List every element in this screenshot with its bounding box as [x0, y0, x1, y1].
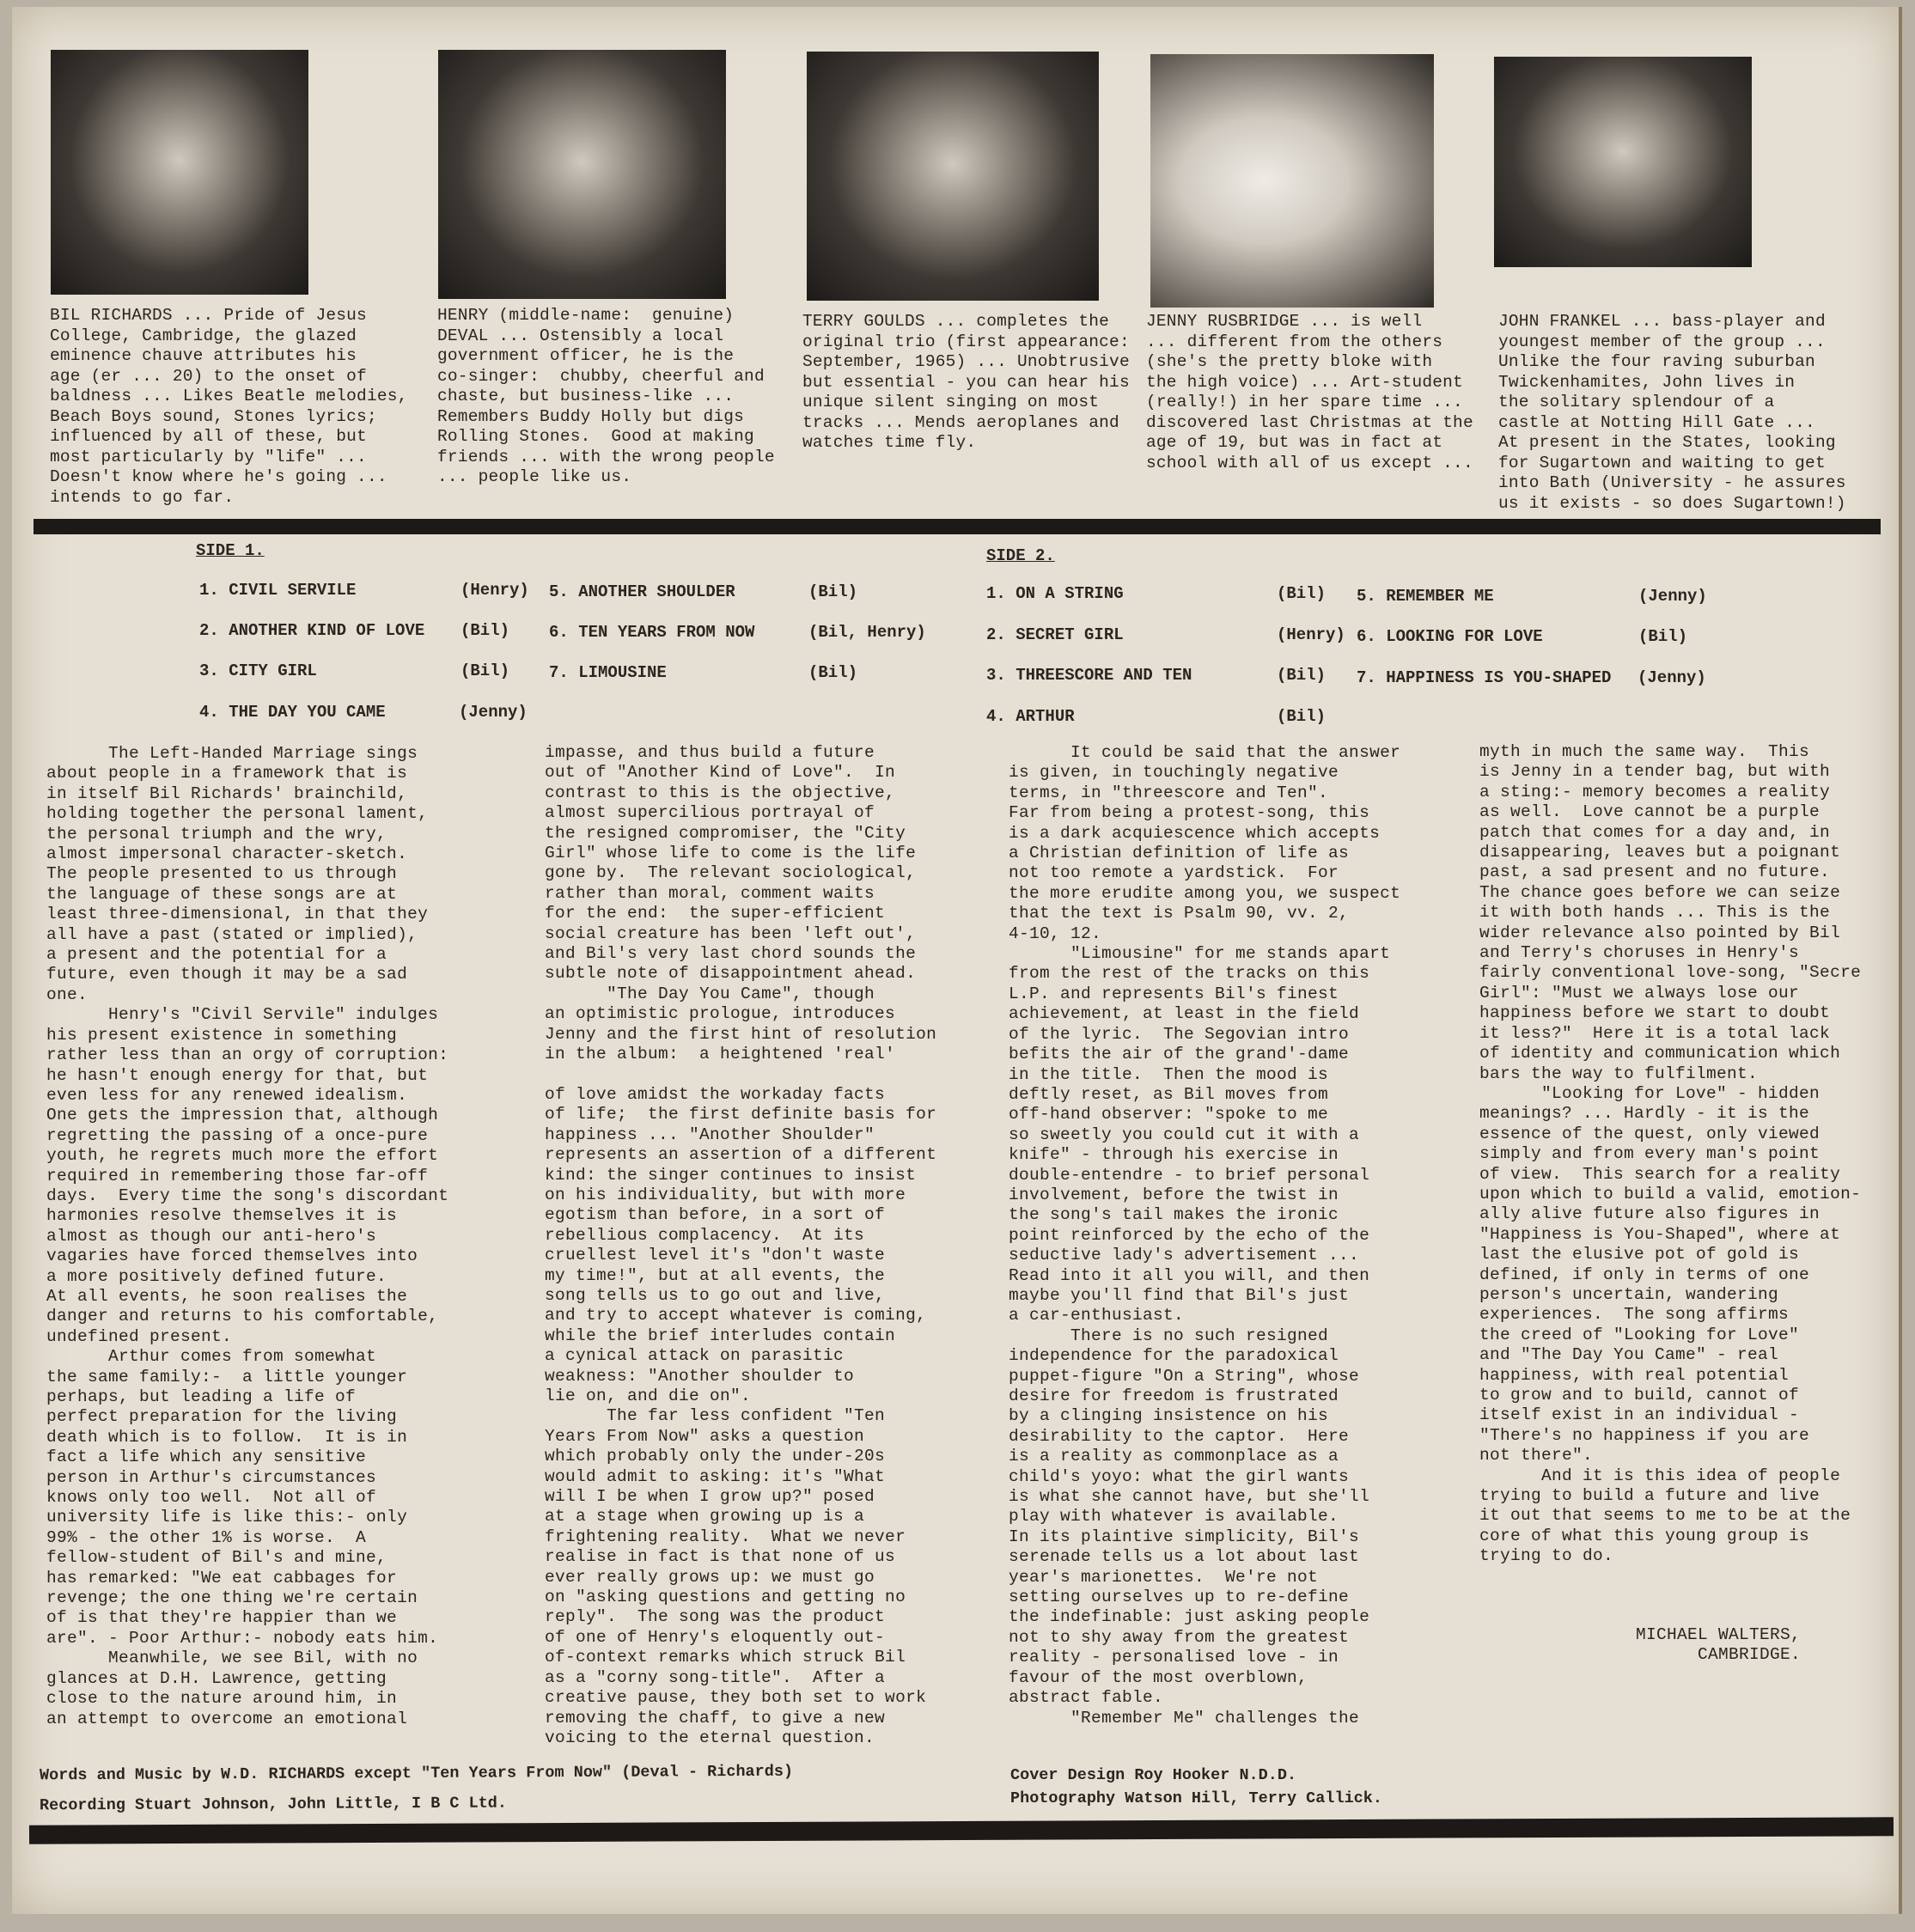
side1-track-6-singer: (Bil, Henry) — [808, 623, 926, 642]
bio-john-frankel: JOHN FRANKEL ... bass-player and younges… — [1498, 312, 1846, 514]
liner-notes-column-4: myth in much the same way. This is Jenny… — [1479, 742, 1861, 1567]
photo-bil-richards — [51, 50, 308, 295]
photo-john-frankel — [1494, 57, 1752, 267]
side1-track-7: 7. LIMOUSINE — [549, 663, 667, 682]
side2-track-3-singer: (Bil) — [1277, 666, 1326, 685]
side2-track-1-singer: (Bil) — [1277, 584, 1326, 603]
credit-cover-design: Cover Design Roy Hooker N.D.D. — [1010, 1766, 1296, 1784]
signature: MICHAEL WALTERS, CAMBRIDGE. — [1636, 1625, 1801, 1666]
side2-track-5-singer: (Jenny) — [1638, 587, 1707, 606]
record-sleeve-back: BIL RICHARDS ... Pride of Jesus College,… — [12, 7, 1902, 1914]
side1-track-2: 2. ANOTHER KIND OF LOVE — [199, 621, 424, 640]
liner-notes-column-2: impasse, and thus build a future out of … — [545, 743, 936, 1748]
photo-jenny-rusbridge — [1150, 54, 1434, 308]
side1-track-1: 1. CIVIL SERVILE — [199, 581, 356, 600]
bio-henry-deval: HENRY (middle-name: genuine) DEVAL ... O… — [437, 306, 775, 488]
side2-track-7-singer: (Jenny) — [1638, 668, 1706, 687]
liner-notes-column-1: The Left-Handed Marriage sings about peo… — [46, 744, 448, 1729]
credit-words-music: Words and Music by W.D. RICHARDS except … — [40, 1763, 793, 1785]
liner-notes-column-3: It could be said that the answer is give… — [1009, 743, 1400, 1728]
side1-track-2-singer: (Bil) — [460, 621, 509, 640]
side2-title: SIDE 2. — [986, 546, 1055, 565]
photo-henry-deval — [438, 50, 726, 299]
side2-track-6-singer: (Bil) — [1638, 627, 1687, 646]
side1-track-5: 5. ANOTHER SHOULDER — [549, 582, 735, 601]
side1-title: SIDE 1. — [196, 541, 265, 560]
side2-track-2-singer: (Henry) — [1277, 625, 1345, 644]
side1-track-1-singer: (Henry) — [460, 581, 529, 600]
side1-track-4: 4. THE DAY YOU CAME — [199, 703, 386, 722]
side1-track-4-singer: (Jenny) — [459, 703, 528, 722]
side1-track-5-singer: (Bil) — [808, 582, 857, 601]
side1-track-6: 6. TEN YEARS FROM NOW — [549, 623, 754, 642]
bottom-divider — [29, 1817, 1894, 1844]
side2-track-2: 2. SECRET GIRL — [986, 625, 1124, 644]
top-divider — [34, 519, 1881, 534]
side2-track-7: 7. HAPPINESS IS YOU-SHAPED — [1357, 668, 1611, 687]
side1-track-7-singer: (Bil) — [808, 663, 857, 682]
side2-track-5: 5. REMEMBER ME — [1357, 587, 1494, 606]
credit-recording: Recording Stuart Johnson, John Little, I… — [40, 1795, 507, 1815]
bio-jenny-rusbridge: JENNY RUSBRIDGE ... is well ... differen… — [1146, 312, 1473, 473]
bio-bil-richards: BIL RICHARDS ... Pride of Jesus College,… — [50, 306, 408, 508]
side1-track-3-singer: (Bil) — [460, 661, 509, 680]
side2-track-3: 3. THREESCORE AND TEN — [986, 666, 1192, 685]
credit-photography: Photography Watson Hill, Terry Callick. — [1010, 1789, 1382, 1807]
bio-terry-goulds: TERRY GOULDS ... completes the original … — [802, 312, 1130, 454]
side1-track-3: 3. CITY GIRL — [199, 661, 317, 680]
side2-track-4: 4. ARTHUR — [986, 707, 1075, 726]
side2-track-4-singer: (Bil) — [1277, 707, 1326, 726]
photo-terry-goulds — [807, 52, 1099, 301]
side2-track-6: 6. LOOKING FOR LOVE — [1357, 627, 1543, 646]
side2-track-1: 1. ON A STRING — [986, 584, 1124, 603]
